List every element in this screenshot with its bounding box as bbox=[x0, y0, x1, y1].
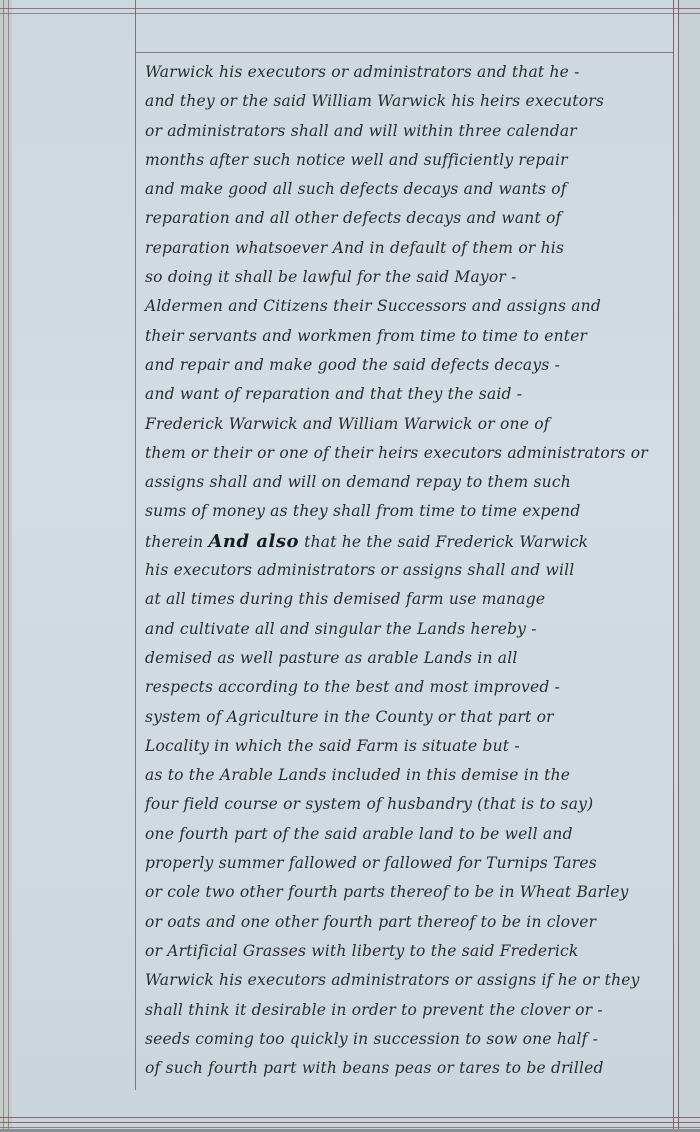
text-line: demised as well pasture as arable Lands … bbox=[145, 644, 670, 673]
text-line: Aldermen and Citizens their Successors a… bbox=[145, 292, 670, 321]
text-line: Warwick his executors or administrators … bbox=[145, 58, 670, 87]
text-line: Frederick Warwick and William Warwick or… bbox=[145, 410, 670, 439]
right-margin-rule-inner bbox=[678, 0, 679, 1132]
text-line: respects according to the best and most … bbox=[145, 673, 670, 702]
line-suffix: that he the said Frederick Warwick bbox=[304, 533, 588, 551]
text-line: four field course or system of husbandry… bbox=[145, 790, 670, 819]
text-line-and-also: therein And also that he the said Freder… bbox=[145, 527, 670, 556]
text-line: months after such notice well and suffic… bbox=[145, 146, 670, 175]
document-page: Warwick his executors or administrators … bbox=[0, 0, 700, 1132]
text-line: system of Agriculture in the County or t… bbox=[145, 703, 670, 732]
text-line: or Artificial Grasses with liberty to th… bbox=[145, 937, 670, 966]
margin-rule bbox=[135, 0, 136, 1090]
text-line: and repair and make good the said defect… bbox=[145, 351, 670, 380]
text-line: assigns shall and will on demand repay t… bbox=[145, 468, 670, 497]
text-line: and want of reparation and that they the… bbox=[145, 380, 670, 409]
header-rule bbox=[136, 52, 673, 53]
text-line: and they or the said William Warwick his… bbox=[145, 87, 670, 116]
text-line: so doing it shall be lawful for the said… bbox=[145, 263, 670, 292]
text-line: or administrators shall and will within … bbox=[145, 117, 670, 146]
text-line: shall think it desirable in order to pre… bbox=[145, 996, 670, 1025]
text-line: reparation whatsoever And in default of … bbox=[145, 234, 670, 263]
left-page-edge bbox=[0, 0, 12, 1132]
text-line: at all times during this demised farm us… bbox=[145, 585, 670, 614]
text-line: reparation and all other defects decays … bbox=[145, 204, 670, 233]
text-line: Locality in which the said Farm is situa… bbox=[145, 732, 670, 761]
and-also-heading: And also bbox=[208, 531, 299, 552]
text-line: and cultivate all and singular the Lands… bbox=[145, 615, 670, 644]
text-line: his executors administrators or assigns … bbox=[145, 556, 670, 585]
right-page-edge bbox=[679, 0, 700, 1132]
text-line: and make good all such defects decays an… bbox=[145, 175, 670, 204]
top-rule-second bbox=[0, 13, 700, 14]
text-line: their servants and workmen from time to … bbox=[145, 322, 670, 351]
line-prefix: therein bbox=[145, 533, 203, 551]
handwritten-body: Warwick his executors or administrators … bbox=[145, 58, 670, 1083]
left-edge-rule bbox=[3, 0, 4, 1132]
bottom-rule bbox=[0, 1117, 700, 1118]
text-line: sums of money as they shall from time to… bbox=[145, 497, 670, 526]
left-edge-rule-inner bbox=[8, 0, 9, 1132]
text-line: properly summer fallowed or fallowed for… bbox=[145, 849, 670, 878]
text-line: or oats and one other fourth part thereo… bbox=[145, 908, 670, 937]
bottom-rule-third bbox=[0, 1127, 700, 1128]
text-line: or cole two other fourth parts thereof t… bbox=[145, 878, 670, 907]
text-line: seeds coming too quickly in succession t… bbox=[145, 1025, 670, 1054]
bottom-rule-second bbox=[0, 1122, 700, 1123]
text-line: Warwick his executors administrators or … bbox=[145, 966, 670, 995]
text-line: of such fourth part with beans peas or t… bbox=[145, 1054, 670, 1083]
text-line: one fourth part of the said arable land … bbox=[145, 820, 670, 849]
right-margin-rule-outer bbox=[673, 0, 674, 1132]
text-line: as to the Arable Lands included in this … bbox=[145, 761, 670, 790]
top-rule bbox=[0, 8, 700, 9]
text-line: them or their or one of their heirs exec… bbox=[145, 439, 670, 468]
